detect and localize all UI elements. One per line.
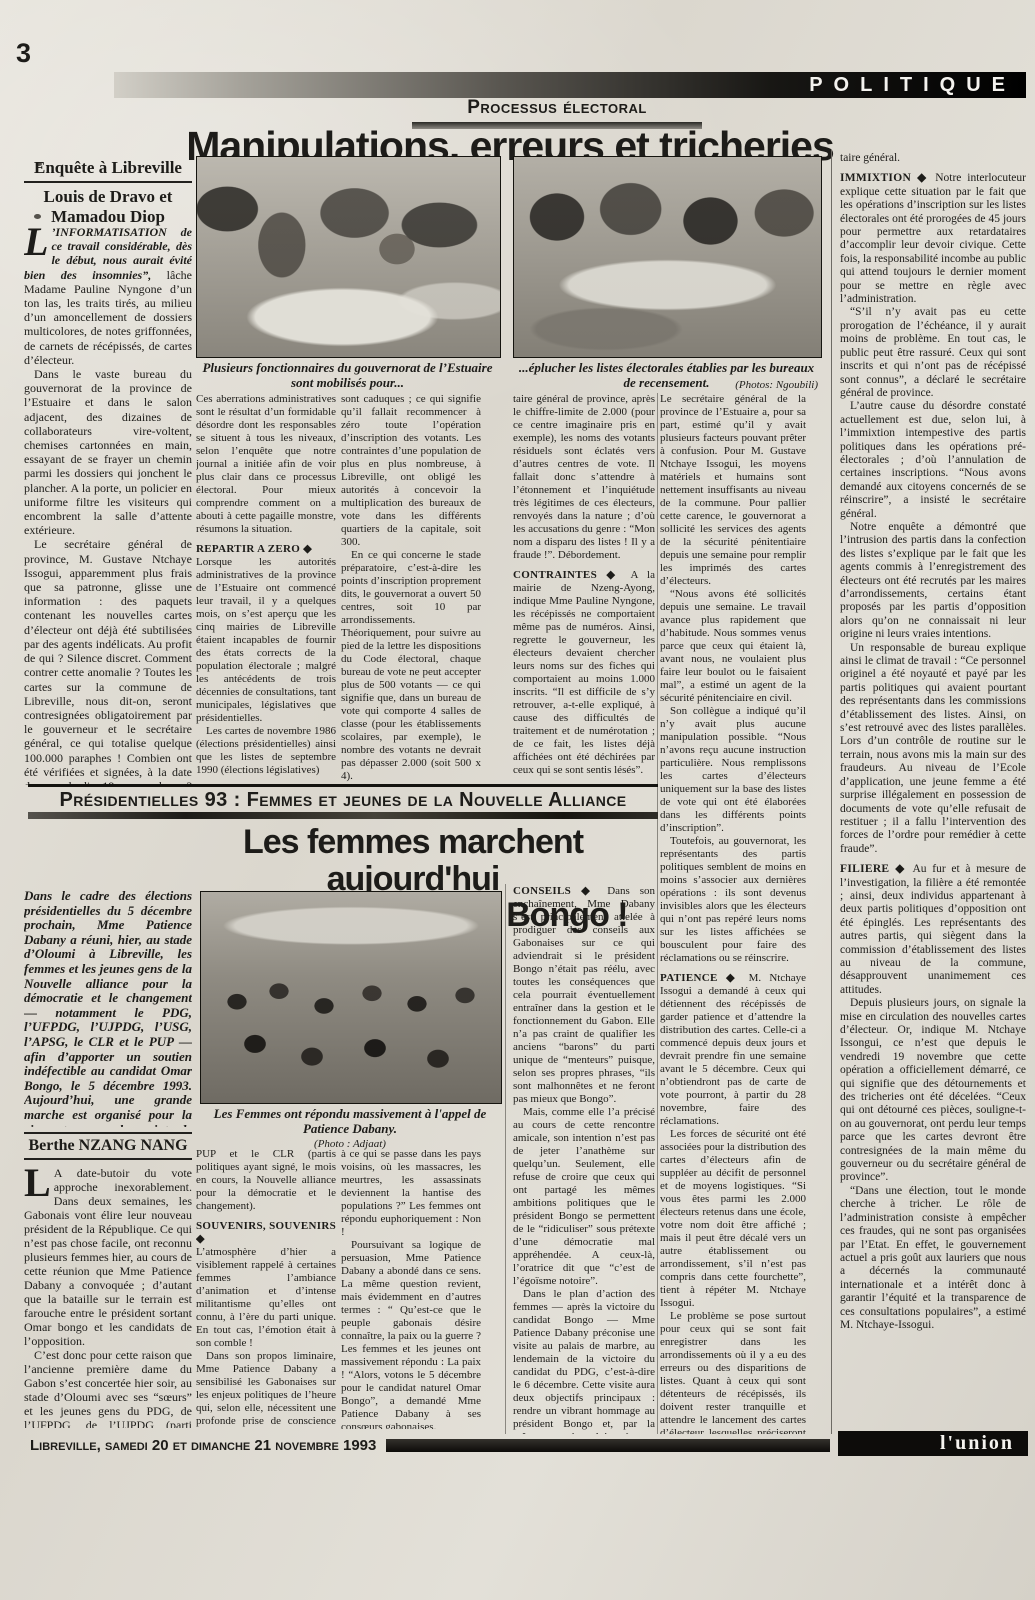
- article2-col4-paras: Mais, comme elle l’a précisé au cours de…: [513, 1106, 655, 1434]
- article2-col2-paras-2: L’atmosphère d’hier a visiblement rappel…: [196, 1246, 336, 1429]
- col-a-paras: Ces aberrations administratives sont le …: [196, 393, 336, 536]
- photo3-caption-block: Les Femmes ont répondu massivement à l'a…: [196, 1107, 504, 1151]
- article2-intro: Dans le cadre des élections présidentiel…: [24, 889, 192, 1127]
- col-e-paras: “S’il n’y avait pas eu cette prorogation…: [840, 306, 1026, 856]
- article2-banner: Présidentielles 93 : Femmes et jeunes de…: [28, 784, 658, 812]
- article2-col2-paras: PUP et le CLR (partis politiques ayant s…: [196, 1148, 336, 1213]
- subhead-conseils: CONSEILS ◆: [513, 885, 597, 897]
- subhead-filiere: FILIERE ◆: [840, 863, 907, 875]
- page-number: 3: [16, 38, 31, 69]
- article2-author: Berthe NZANG NANG: [24, 1132, 192, 1160]
- col-e-continuation: taire général.: [840, 152, 1026, 165]
- article2-col-4: CONSEILS ◆ Dans son enchaînement, Mme Da…: [513, 885, 655, 1434]
- newspaper-page: 3 POLITIQUE Processus électoral Manipula…: [0, 0, 1035, 1600]
- article1-byline-block: Enquête à Libreville Louis de Dravo et M…: [24, 158, 192, 228]
- photo1-caption: Plusieurs fonctionnaires du gouvernorat …: [196, 361, 499, 391]
- article2-col-1: LA date-butoir du vote approche inexorab…: [24, 1166, 192, 1428]
- column-rule: [831, 150, 832, 1434]
- article2-col1-paras: C’est donc pour cette raison que l’ancie…: [24, 1348, 192, 1428]
- footer-bar: [386, 1439, 830, 1452]
- article1-kicker: Processus électoral: [382, 97, 732, 119]
- section-title: POLITIQUE: [809, 74, 1026, 97]
- subhead-patience: PATIENCE ◆: [660, 972, 740, 984]
- dropcap: L: [24, 1166, 54, 1198]
- photo-credit: (Photos: Ngoubili): [735, 379, 818, 392]
- col-c-paras: taire général de province, après le chif…: [513, 393, 655, 562]
- dropcap: L: [24, 225, 51, 257]
- subhead-souvenirs: SOUVENIRS, SOUVENIRS ◆: [196, 1220, 336, 1246]
- article1-col-b: sont caduques ; ce qui signifie qu’il fa…: [341, 393, 481, 783]
- article2-col-3: à ce qui se passe dans les pays voisins,…: [341, 1148, 481, 1429]
- footer-date: Libreville, samedi 20 et dimanche 21 nov…: [30, 1437, 376, 1454]
- subhead-immixtion: IMMIXTION ◆: [840, 172, 929, 184]
- article1-col-c: taire général de province, après le chif…: [513, 393, 655, 783]
- article1-author-1: Louis de Dravo et: [24, 187, 192, 207]
- subhead-contraintes: CONTRAINTES ◆: [513, 569, 622, 581]
- column-rule: [505, 884, 506, 1434]
- photo-listes-electorales: [513, 156, 822, 358]
- photo3-caption: Les Femmes ont répondu massivement à l'a…: [214, 1106, 487, 1136]
- masthead-brand: l'union: [838, 1431, 1028, 1456]
- footer: Libreville, samedi 20 et dimanche 21 nov…: [30, 1437, 830, 1454]
- article1-col-e: taire général. IMMIXTION ◆ Notre interlo…: [840, 152, 1026, 1424]
- col-d-paras: Le secrétaire général de la province de …: [660, 393, 806, 965]
- article1-lead-paragraphs: Dans le vaste bureau du gouvernorat de l…: [24, 367, 192, 785]
- subhead-repartir-a-zero: REPARTIR A ZERO ◆: [196, 543, 336, 556]
- section-banner: POLITIQUE: [114, 72, 1026, 98]
- col-e-paras-2: Depuis plusieurs jours, on signale la mi…: [840, 997, 1026, 1332]
- photo-femmes-rassemblement: [200, 891, 502, 1104]
- banner-shade: [28, 812, 658, 819]
- article1-lead-column: L’INFORMATISATION de ce travail considér…: [24, 225, 192, 785]
- photo2-caption-block: ...éplucher les listes électorales établ…: [513, 361, 820, 391]
- col-a-paras-2: Lorsque les autorités administratives de…: [196, 556, 336, 777]
- article1-dept: Enquête à Libreville: [24, 158, 192, 183]
- article2-col-2: PUP et le CLR (partis politiques ayant s…: [196, 1148, 336, 1429]
- article1-col-d: Le secrétaire général de la province de …: [660, 393, 806, 1434]
- col-b-paras: sont caduques ; ce qui signifie qu’il fa…: [341, 393, 481, 783]
- article2-col3-paras: à ce qui se passe dans les pays voisins,…: [341, 1148, 481, 1429]
- article1-col-a: Ces aberrations administratives sont le …: [196, 393, 336, 783]
- col-d-paras-2: Les forces de sécurité ont été associées…: [660, 1128, 806, 1434]
- photo-gouvernorat-bureau: [196, 156, 501, 358]
